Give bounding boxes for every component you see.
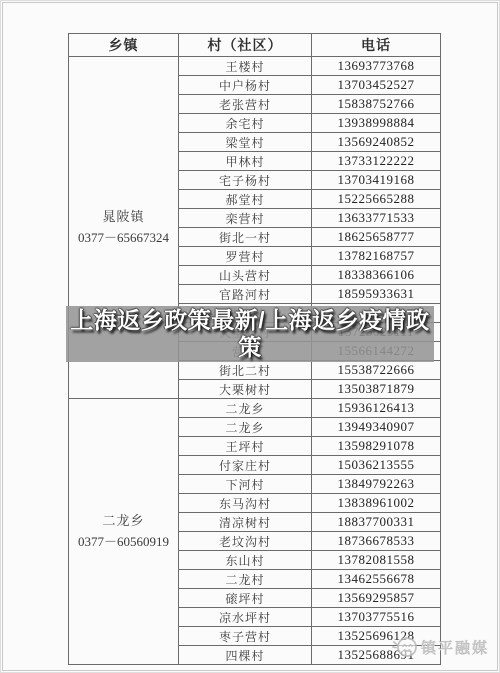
watermark: 镇平融媒 <box>390 634 489 660</box>
table-row: 郝堂村 15225665288 <box>179 190 441 209</box>
table-row: 中户杨村 13703452527 <box>179 76 441 95</box>
section-erlong: 二龙乡 0377－60560919 二龙乡 15936126413 二龙乡 13… <box>69 399 441 665</box>
headline-line2: 策 <box>238 334 262 360</box>
village-name-cell: 清凉树村 <box>179 513 312 532</box>
village-name-cell: 郝堂村 <box>179 190 312 209</box>
headline-text: 上海返乡政策最新/上海返乡疫情政 策 <box>66 307 434 361</box>
village-phone-cell: 18736678533 <box>312 532 441 551</box>
village-name-cell: 磙坪村 <box>179 589 312 608</box>
township-cell-erlong: 二龙乡 0377－60560919 <box>69 399 179 665</box>
table-row: 街北二村 15538722666 <box>179 361 441 380</box>
village-name-cell: 王坪村 <box>179 437 312 456</box>
header-village: 村（社区） <box>179 34 312 57</box>
village-name-cell: 余宅村 <box>179 114 312 133</box>
table-row: 王坪村 13598291078 <box>179 437 441 456</box>
village-name-cell: 东马沟村 <box>179 494 312 513</box>
village-name-cell: 二龙乡 <box>179 418 312 437</box>
table-row: 二龙村 13462556678 <box>179 570 441 589</box>
village-name-cell: 山头营村 <box>179 266 312 285</box>
media-logo-icon <box>390 634 420 660</box>
village-name-cell: 王楼村 <box>179 57 312 76</box>
table-row: 老坟沟村 18736678533 <box>179 532 441 551</box>
village-phone-cell: 13462556678 <box>312 570 441 589</box>
table-row: 东马沟村 13838961002 <box>179 494 441 513</box>
village-phone-cell: 13703452527 <box>312 76 441 95</box>
township-phone: 0377－60560919 <box>78 532 169 552</box>
table-row: 东山村 13782081558 <box>179 551 441 570</box>
village-phone-cell: 18338366106 <box>312 266 441 285</box>
header-phone: 电话 <box>312 34 441 57</box>
village-name-cell: 下河村 <box>179 475 312 494</box>
header-township: 乡镇 <box>69 34 179 57</box>
village-name-cell: 东山村 <box>179 551 312 570</box>
village-phone-cell: 13849792263 <box>312 475 441 494</box>
village-phone-cell: 15225665288 <box>312 190 441 209</box>
table-row: 街北一村 18625658777 <box>179 228 441 247</box>
watermark-text: 镇平融媒 <box>421 637 489 658</box>
table-row: 老张营村 15838752766 <box>179 95 441 114</box>
village-phone-cell: 13569295857 <box>312 589 441 608</box>
village-rows-erlong: 二龙乡 15936126413 二龙乡 13949340907 王坪村 1359… <box>179 399 441 665</box>
village-phone-cell: 13503871879 <box>312 380 441 399</box>
township-name: 晁陂镇 <box>102 207 144 227</box>
township-name: 二龙乡 <box>102 511 144 531</box>
village-phone-cell: 13733122222 <box>312 152 441 171</box>
table-row: 二龙乡 13949340907 <box>179 418 441 437</box>
table-row: 甲林村 13733122222 <box>179 152 441 171</box>
table-row: 罗营村 13782168757 <box>179 247 441 266</box>
village-name-cell: 老坟沟村 <box>179 532 312 551</box>
table-row: 大栗树村 13503871879 <box>179 380 441 399</box>
village-name-cell: 梁堂村 <box>179 133 312 152</box>
article-image: 乡镇 村（社区） 电话 晁陂镇 0377－65667324 王楼村 136937… <box>0 0 500 673</box>
table-row: 官路河村 18595933631 <box>179 285 441 304</box>
village-name-cell: 官路河村 <box>179 285 312 304</box>
village-name-cell: 罗营村 <box>179 247 312 266</box>
village-name-cell: 栾营村 <box>179 209 312 228</box>
table-row: 山头营村 18338366106 <box>179 266 441 285</box>
township-phone: 0377－65667324 <box>78 228 169 248</box>
village-phone-cell: 18625658777 <box>312 228 441 247</box>
table-row: 王楼村 13693773768 <box>179 57 441 76</box>
village-phone-cell: 13938998884 <box>312 114 441 133</box>
village-name-cell: 街北二村 <box>179 361 312 380</box>
headline-line1: 上海返乡政策最新/上海返乡疫情政 <box>70 307 429 333</box>
village-phone-cell: 13693773768 <box>312 57 441 76</box>
table-row: 宅子杨村 13703419168 <box>179 171 441 190</box>
table-row: 余宅村 13938998884 <box>179 114 441 133</box>
village-phone-cell: 13598291078 <box>312 437 441 456</box>
table-header-row: 乡镇 村（社区） 电话 <box>69 34 441 57</box>
village-phone-cell: 18837700331 <box>312 513 441 532</box>
table-row: 清凉树村 18837700331 <box>179 513 441 532</box>
village-name-cell: 二龙乡 <box>179 399 312 418</box>
table-row: 付家庄村 15036213555 <box>179 456 441 475</box>
table-row: 二龙乡 15936126413 <box>179 399 441 418</box>
table-row: 磙坪村 13569295857 <box>179 589 441 608</box>
table-row: 下河村 13849792263 <box>179 475 441 494</box>
village-phone-cell: 13703419168 <box>312 171 441 190</box>
village-name-cell: 付家庄村 <box>179 456 312 475</box>
village-phone-cell: 13703775516 <box>312 608 441 627</box>
village-phone-cell: 13782168757 <box>312 247 441 266</box>
headline-overlay: 上海返乡政策最新/上海返乡疫情政 策 <box>66 306 434 362</box>
village-name-cell: 中户杨村 <box>179 76 312 95</box>
village-phone-cell: 13633771533 <box>312 209 441 228</box>
village-name-cell: 老张营村 <box>179 95 312 114</box>
village-phone-cell: 15936126413 <box>312 399 441 418</box>
table-row: 栾营村 13633771533 <box>179 209 441 228</box>
village-phone-cell: 13782081558 <box>312 551 441 570</box>
village-name-cell: 街北一村 <box>179 228 312 247</box>
village-phone-cell: 18595933631 <box>312 285 441 304</box>
village-phone-cell: 13838961002 <box>312 494 441 513</box>
village-name-cell: 二龙村 <box>179 570 312 589</box>
village-name-cell: 宅子杨村 <box>179 171 312 190</box>
village-phone-cell: 13569240852 <box>312 133 441 152</box>
village-name-cell: 枣子营村 <box>179 627 312 646</box>
village-name-cell: 大栗树村 <box>179 380 312 399</box>
table-row: 凉水坪村 13703775516 <box>179 608 441 627</box>
village-phone-cell: 15036213555 <box>312 456 441 475</box>
village-phone-cell: 15538722666 <box>312 361 441 380</box>
village-name-cell: 甲林村 <box>179 152 312 171</box>
village-phone-cell: 15838752766 <box>312 95 441 114</box>
village-name-cell: 凉水坪村 <box>179 608 312 627</box>
village-name-cell: 四棵村 <box>179 646 312 665</box>
table-row: 梁堂村 13569240852 <box>179 133 441 152</box>
village-phone-cell: 13949340907 <box>312 418 441 437</box>
